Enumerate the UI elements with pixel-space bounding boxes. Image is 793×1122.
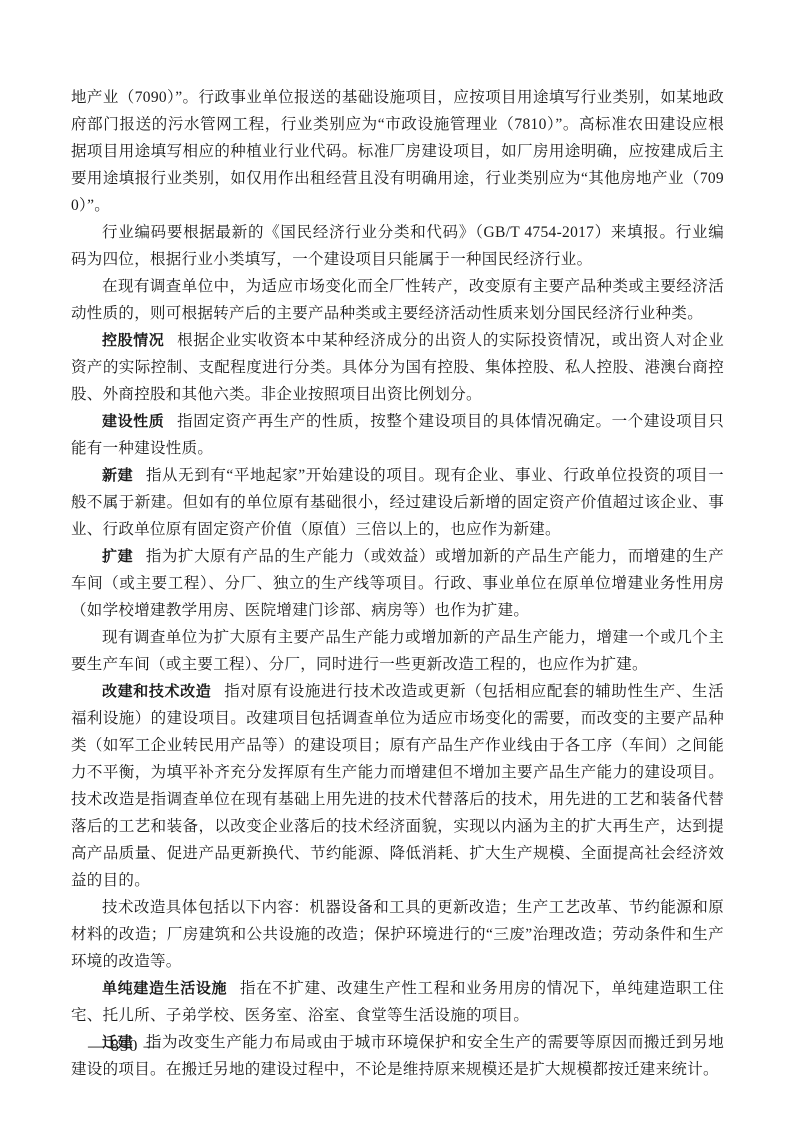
paragraph-qianjian: 迁建指为改变生产能力布局或由于城市环境保护和安全生产的需要等原因而搬迁到另地建设… (71, 1029, 724, 1083)
paragraph-text: 指为扩大原有产品的生产能力（或效益）或增加新的产品生产能力，而增建的生产车间（或… (71, 548, 724, 619)
paragraph-text: 指为改变生产能力布局或由于城市环境保护和安全生产的需要等原因而搬迁到另地建设的项… (71, 1034, 724, 1078)
paragraph: 行业编码要根据最新的《国民经济行业分类和代码》（GB/T 4754-2017）来… (71, 219, 724, 273)
term-label: 控股情况 (102, 332, 164, 349)
paragraph-text: 地产业（7090）”。行政事业单位报送的基础设施项目，应按项目用途填写行业类别，… (71, 89, 724, 214)
term-label: 新建 (102, 467, 133, 484)
page-number: — 830 — (88, 1036, 161, 1056)
paragraph-text: 指固定资产再生产的性质，按整个建设项目的具体情况确定。一个建设项目只能有一种建设… (71, 413, 724, 457)
paragraph-text: 现有调查单位为扩大原有主要产品生产能力或增加新的产品生产能力，增建一个或几个主要… (71, 629, 724, 673)
paragraph-text: 在现有调查单位中，为适应市场变化而全厂性转产，改变原有主要产品种类或主要经济活动… (71, 278, 724, 322)
paragraph-text: 技术改造具体包括以下内容：机器设备和工具的更新改造；生产工艺改革、节约能源和原材… (71, 899, 724, 970)
paragraph-text: 行业编码要根据最新的《国民经济行业分类和代码》（GB/T 4754-2017）来… (71, 224, 724, 268)
paragraph: 在现有调查单位中，为适应市场变化而全厂性转产，改变原有主要产品种类或主要经济活动… (71, 273, 724, 327)
term-label: 改建和技术改造 (102, 683, 211, 700)
paragraph-kuojian: 扩建指为扩大原有产品的生产能力（或效益）或增加新的产品生产能力，而增建的生产车间… (71, 543, 724, 624)
document-body: 地产业（7090）”。行政事业单位报送的基础设施项目，应按项目用途填写行业类别，… (71, 84, 724, 1083)
term-label: 建设性质 (102, 413, 164, 430)
paragraph-jianshe-xingzhi: 建设性质指固定资产再生产的性质，按整个建设项目的具体情况确定。一个建设项目只能有… (71, 408, 724, 462)
paragraph-text: 指对原有设施进行技术改造或更新（包括相应配套的辅助性生产、生活福利设施）的建设项… (71, 683, 724, 889)
document-page: 地产业（7090）”。行政事业单位报送的基础设施项目，应按项目用途填写行业类别，… (0, 0, 793, 1122)
paragraph: 技术改造具体包括以下内容：机器设备和工具的更新改造；生产工艺改革、节约能源和原材… (71, 894, 724, 975)
paragraph-shenghuosheshi: 单纯建造生活设施指在不扩建、改建生产性工程和业务用房的情况下，单纯建造职工住宅、… (71, 975, 724, 1029)
term-label: 单纯建造生活设施 (102, 980, 227, 997)
paragraph-gaijian-jishugaizao: 改建和技术改造指对原有设施进行技术改造或更新（包括相应配套的辅助性生产、生活福利… (71, 678, 724, 894)
paragraph-kongu-qingkuang: 控股情况根据企业实收资本中某种经济成分的出资人的实际投资情况，或出资人对企业资产… (71, 327, 724, 408)
paragraph: 现有调查单位为扩大原有主要产品生产能力或增加新的产品生产能力，增建一个或几个主要… (71, 624, 724, 678)
paragraph-text: 指从无到有“平地起家”开始建设的项目。现有企业、事业、行政单位投资的项目一般不属… (71, 467, 724, 538)
paragraph-text: 根据企业实收资本中某种经济成分的出资人的实际投资情况，或出资人对企业资产的实际控… (71, 332, 724, 403)
term-label: 扩建 (102, 548, 133, 565)
paragraph-xinjian: 新建指从无到有“平地起家”开始建设的项目。现有企业、事业、行政单位投资的项目一般… (71, 462, 724, 543)
paragraph-continuation: 地产业（7090）”。行政事业单位报送的基础设施项目，应按项目用途填写行业类别，… (71, 84, 724, 219)
